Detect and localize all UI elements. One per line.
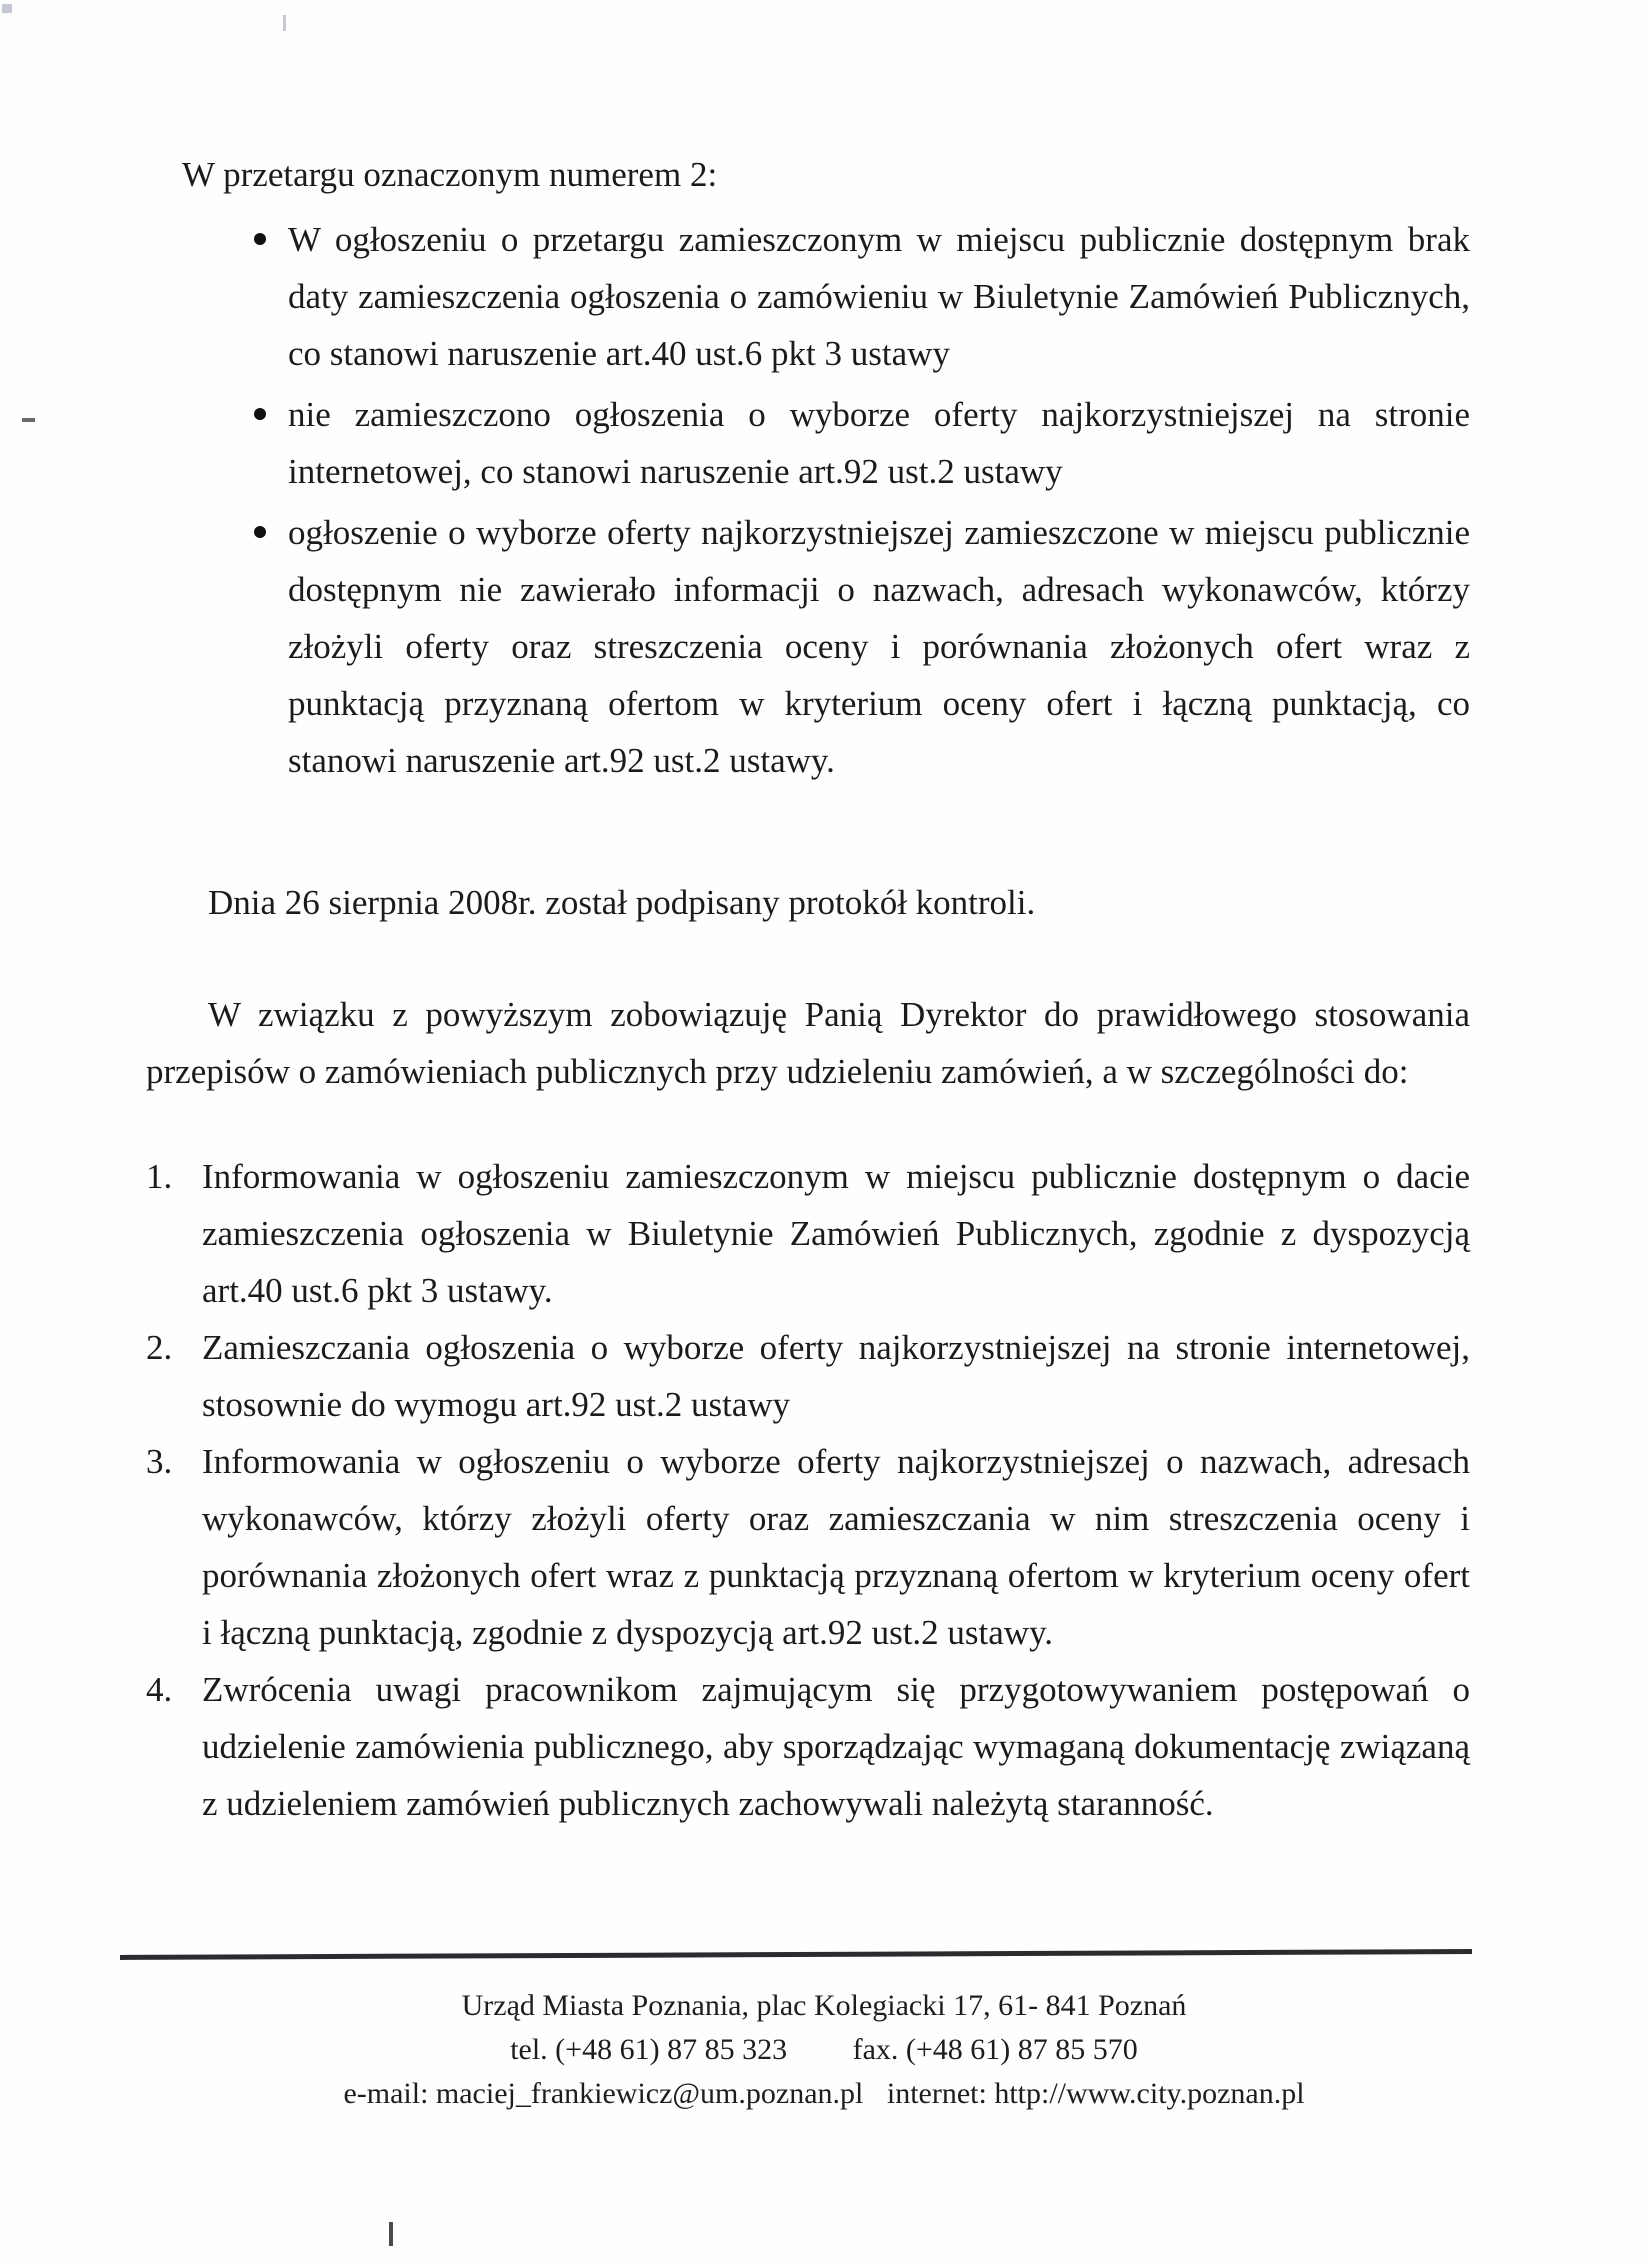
item-text: Zamieszczania ogłoszenia o wyborze ofert… xyxy=(202,1319,1470,1433)
list-item: nie zamieszczono ogłoszenia o wyborze of… xyxy=(254,386,1470,500)
list-item: 4. Zwrócenia uwagi pracownikom zajmujący… xyxy=(146,1661,1470,1832)
footer-online-line: e-mail: maciej_frankiewicz@um.poznan.pl … xyxy=(0,2072,1648,2116)
list-item: ogłoszenie o wyborze oferty najkorzystni… xyxy=(254,504,1470,789)
letter-body: W przetargu oznaczonym numerem 2: W ogło… xyxy=(146,146,1470,1832)
section-heading: W przetargu oznaczonym numerem 2: xyxy=(182,146,1470,203)
bullet-icon xyxy=(254,233,266,245)
item-number: 2. xyxy=(146,1319,202,1376)
list-item: W ogłoszeniu o przetargu zamieszczonym w… xyxy=(254,211,1470,382)
scan-dash-left xyxy=(22,418,35,422)
scan-tick-top-center xyxy=(283,15,286,31)
bullet-text: ogłoszenie o wyborze oferty najkorzystni… xyxy=(288,504,1470,789)
bullet-text: W ogłoszeniu o przetargu zamieszczonym w… xyxy=(288,211,1470,382)
bullet-icon xyxy=(254,526,266,538)
bullet-list: W ogłoszeniu o przetargu zamieszczonym w… xyxy=(146,211,1470,789)
footer-internet: internet: http://www.city.poznan.pl xyxy=(887,2077,1305,2110)
scan-speck-top-left xyxy=(2,4,12,13)
item-text: Zwrócenia uwagi pracownikom zajmującym s… xyxy=(202,1661,1470,1832)
protocol-paragraph: Dnia 26 sierpnia 2008r. został podpisany… xyxy=(146,874,1470,931)
item-number: 3. xyxy=(146,1433,202,1490)
page-footer: Urząd Miasta Poznania, plac Kolegiacki 1… xyxy=(0,1948,1648,2116)
footer-email: e-mail: maciej_frankiewicz@um.poznan.pl xyxy=(343,2077,863,2110)
footer-contact-line: tel. (+48 61) 87 85 323 fax. (+48 61) 87… xyxy=(0,2028,1648,2072)
document-page: W przetargu oznaczonym numerem 2: W ogło… xyxy=(0,0,1648,2265)
footer-address: Urząd Miasta Poznania, plac Kolegiacki 1… xyxy=(0,1984,1648,2028)
scan-mark-bottom-center xyxy=(389,2222,393,2246)
list-item: 1. Informowania w ogłoszeniu zamieszczon… xyxy=(146,1148,1470,1319)
list-item: 3. Informowania w ogłoszeniu o wyborze o… xyxy=(146,1433,1470,1661)
footer-rule xyxy=(120,1949,1472,1960)
numbered-list: 1. Informowania w ogłoszeniu zamieszczon… xyxy=(146,1148,1470,1832)
footer-fax: fax. (+48 61) 87 85 570 xyxy=(853,2033,1138,2066)
obligation-paragraph: W związku z powyższym zobowiązuję Panią … xyxy=(146,986,1470,1100)
footer-tel: tel. (+48 61) 87 85 323 xyxy=(510,2033,787,2066)
bullet-icon xyxy=(254,408,266,420)
item-number: 4. xyxy=(146,1661,202,1718)
item-text: Informowania w ogłoszeniu zamieszczonym … xyxy=(202,1148,1470,1319)
list-item: 2. Zamieszczania ogłoszenia o wyborze of… xyxy=(146,1319,1470,1433)
item-text: Informowania w ogłoszeniu o wyborze ofer… xyxy=(202,1433,1470,1661)
bullet-text: nie zamieszczono ogłoszenia o wyborze of… xyxy=(288,386,1470,500)
item-number: 1. xyxy=(146,1148,202,1205)
